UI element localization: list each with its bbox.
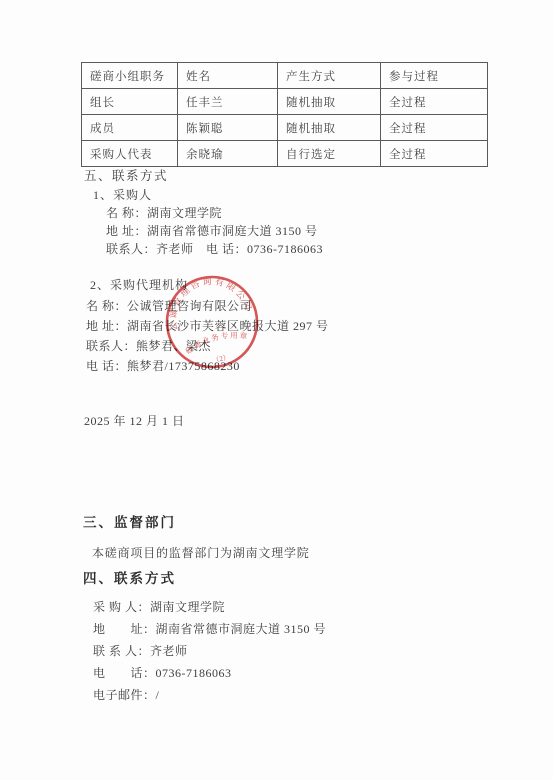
cell-process: 全过程 <box>381 141 488 167</box>
section-three-heading: 三、监督部门 <box>83 516 176 530</box>
section-four-heading: 四、联系方式 <box>83 572 176 586</box>
col-header-method: 产生方式 <box>278 63 381 89</box>
section-three-body: 本磋商项目的监督部门为湖南文理学院 <box>92 547 310 559</box>
col-header-process: 参与过程 <box>381 63 488 89</box>
cell-name: 陈颖聪 <box>178 115 278 141</box>
table-row: 成员 陈颖聪 随机抽取 全过程 <box>82 115 488 141</box>
cell-method: 随机抽取 <box>278 115 381 141</box>
cell-role: 成员 <box>82 115 178 141</box>
purchaser-address-line: 地 址：湖南省常德市洞庭大道 3150 号 <box>106 225 318 237</box>
purchaser-heading: 1、采购人 <box>93 189 152 201</box>
cell-role: 采购人代表 <box>82 141 178 167</box>
cell-method: 随机抽取 <box>278 89 381 115</box>
cell-process: 全过程 <box>381 89 488 115</box>
final-contact-line: 联 系 人：齐老师 <box>93 645 188 657</box>
table-row: 采购人代表 余晓瑜 自行选定 全过程 <box>82 141 488 167</box>
final-purchaser-line: 采 购 人：湖南文理学院 <box>93 601 225 613</box>
agency-phone-line: 电 话：熊梦君/17375868230 <box>86 360 240 372</box>
section-five-heading: 五、联系方式 <box>84 170 168 183</box>
cell-name: 余晓瑜 <box>178 141 278 167</box>
cell-process: 全过程 <box>381 115 488 141</box>
cell-name: 任丰兰 <box>178 89 278 115</box>
cell-method: 自行选定 <box>278 141 381 167</box>
date-line: 2025 年 12 月 1 日 <box>84 415 185 427</box>
agency-name-line: 名 称：公诚管理咨询有限公司 <box>86 300 252 312</box>
col-header-name: 姓名 <box>178 63 278 89</box>
purchaser-contact-line: 联系人：齐老师 电 话：0736-7186063 <box>106 243 323 255</box>
agency-heading: 2、采购代理机构 <box>90 279 188 291</box>
agency-address-line: 地 址：湖南省长沙市芙蓉区晚报大道 297 号 <box>86 320 329 332</box>
table-row: 组长 任丰兰 随机抽取 全过程 <box>82 89 488 115</box>
agency-contact-line: 联系人：熊梦君、梁杰 <box>86 340 211 352</box>
negotiation-group-table: 磋商小组职务 姓名 产生方式 参与过程 组长 任丰兰 随机抽取 全过程 成员 陈… <box>81 62 488 167</box>
final-email-line: 电子邮件：/ <box>93 689 159 701</box>
final-address-line: 地 址：湖南省常德市洞庭大道 3150 号 <box>93 623 326 635</box>
col-header-role: 磋商小组职务 <box>82 63 178 89</box>
final-phone-line: 电 话：0736-7186063 <box>93 667 232 679</box>
purchaser-name-line: 名 称：湖南文理学院 <box>106 207 222 219</box>
document-page: 磋商小组职务 姓名 产生方式 参与过程 组长 任丰兰 随机抽取 全过程 成员 陈… <box>0 0 553 780</box>
table-header-row: 磋商小组职务 姓名 产生方式 参与过程 <box>82 63 488 89</box>
cell-role: 组长 <box>82 89 178 115</box>
